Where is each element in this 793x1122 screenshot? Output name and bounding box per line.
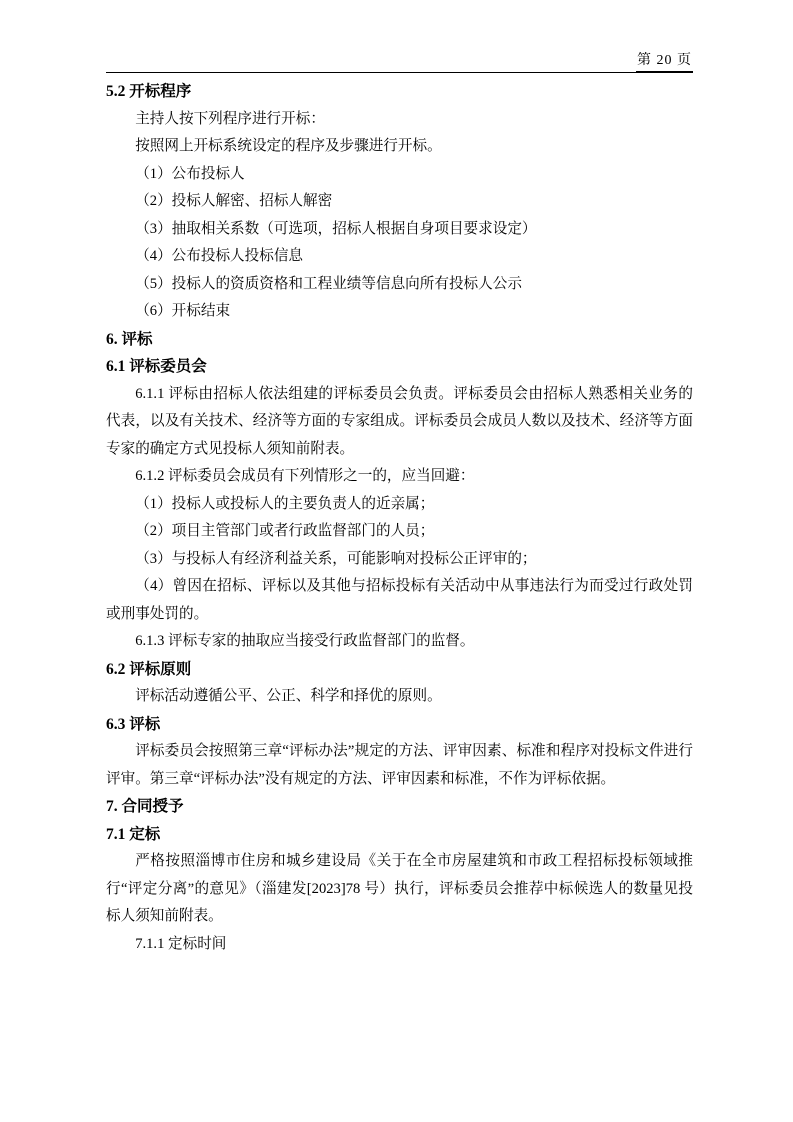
heading-6-evaluation: 6. 评标 xyxy=(106,326,693,354)
bid-opening-step: （2）投标人解密、招标人解密 xyxy=(106,188,693,216)
bid-opening-step: （5）投标人的资质资格和工程业绩等信息向所有投标人公示 xyxy=(106,271,693,299)
recusal-item: （1）投标人或投标人的主要负责人的近亲属； xyxy=(106,491,693,519)
para-evaluation-method: 评标委员会按照第三章“评标办法”规定的方法、评审因素、标准和程序对投标文件进行评… xyxy=(106,738,693,793)
para-host-procedure: 主持人按下列程序进行开标： xyxy=(106,106,693,134)
bid-opening-step: （3）抽取相关系数（可选项，招标人根据自身项目要求设定） xyxy=(106,216,693,244)
heading-6-1-evaluation-committee: 6.1 评标委员会 xyxy=(106,353,693,381)
recusal-item: （2）项目主管部门或者行政监督部门的人员； xyxy=(106,518,693,546)
heading-7-contract-award: 7. 合同授予 xyxy=(106,793,693,821)
bid-opening-step: （4）公布投标人投标信息 xyxy=(106,243,693,271)
document-page: 第 20 页 5.2 开标程序 主持人按下列程序进行开标： 按照网上开标系统设定… xyxy=(0,0,793,1122)
recusal-item: （4）曾因在招标、评标以及其他与招标投标有关活动中从事违法行为而受过行政处罚或刑… xyxy=(106,573,693,628)
heading-6-3-evaluation: 6.3 评标 xyxy=(106,711,693,739)
para-award-decision-policy: 严格按照淄博市住房和城乡建设局《关于在全市房屋建筑和市政工程招标投标领域推行“评… xyxy=(106,848,693,931)
heading-5-2-bid-opening-procedure: 5.2 开标程序 xyxy=(106,78,693,106)
para-7-1-1-award-decision-time: 7.1.1 定标时间 xyxy=(106,931,693,959)
para-6-1-2-recusal-intro: 6.1.2 评标委员会成员有下列情形之一的，应当回避： xyxy=(106,463,693,491)
para-6-1-3-expert-supervision: 6.1.3 评标专家的抽取应当接受行政监督部门的监督。 xyxy=(106,628,693,656)
recusal-item: （3）与投标人有经济利益关系，可能影响对投标公正评审的； xyxy=(106,546,693,574)
para-6-1-1-committee-composition: 6.1.1 评标由招标人依法组建的评标委员会负责。评标委员会由招标人熟悉相关业务… xyxy=(106,381,693,464)
heading-7-1-award-decision: 7.1 定标 xyxy=(106,821,693,849)
document-content: 5.2 开标程序 主持人按下列程序进行开标： 按照网上开标系统设定的程序及步骤进… xyxy=(106,78,693,958)
para-online-system-procedure: 按照网上开标系统设定的程序及步骤进行开标。 xyxy=(106,133,693,161)
heading-6-2-evaluation-principles: 6.2 评标原则 xyxy=(106,656,693,684)
bid-opening-step: （6）开标结束 xyxy=(106,298,693,326)
para-evaluation-principles: 评标活动遵循公平、公正、科学和择优的原则。 xyxy=(106,683,693,711)
bid-opening-step: （1）公布投标人 xyxy=(106,161,693,189)
page-header: 第 20 页 xyxy=(106,52,693,73)
page-number: 第 20 页 xyxy=(636,52,693,73)
